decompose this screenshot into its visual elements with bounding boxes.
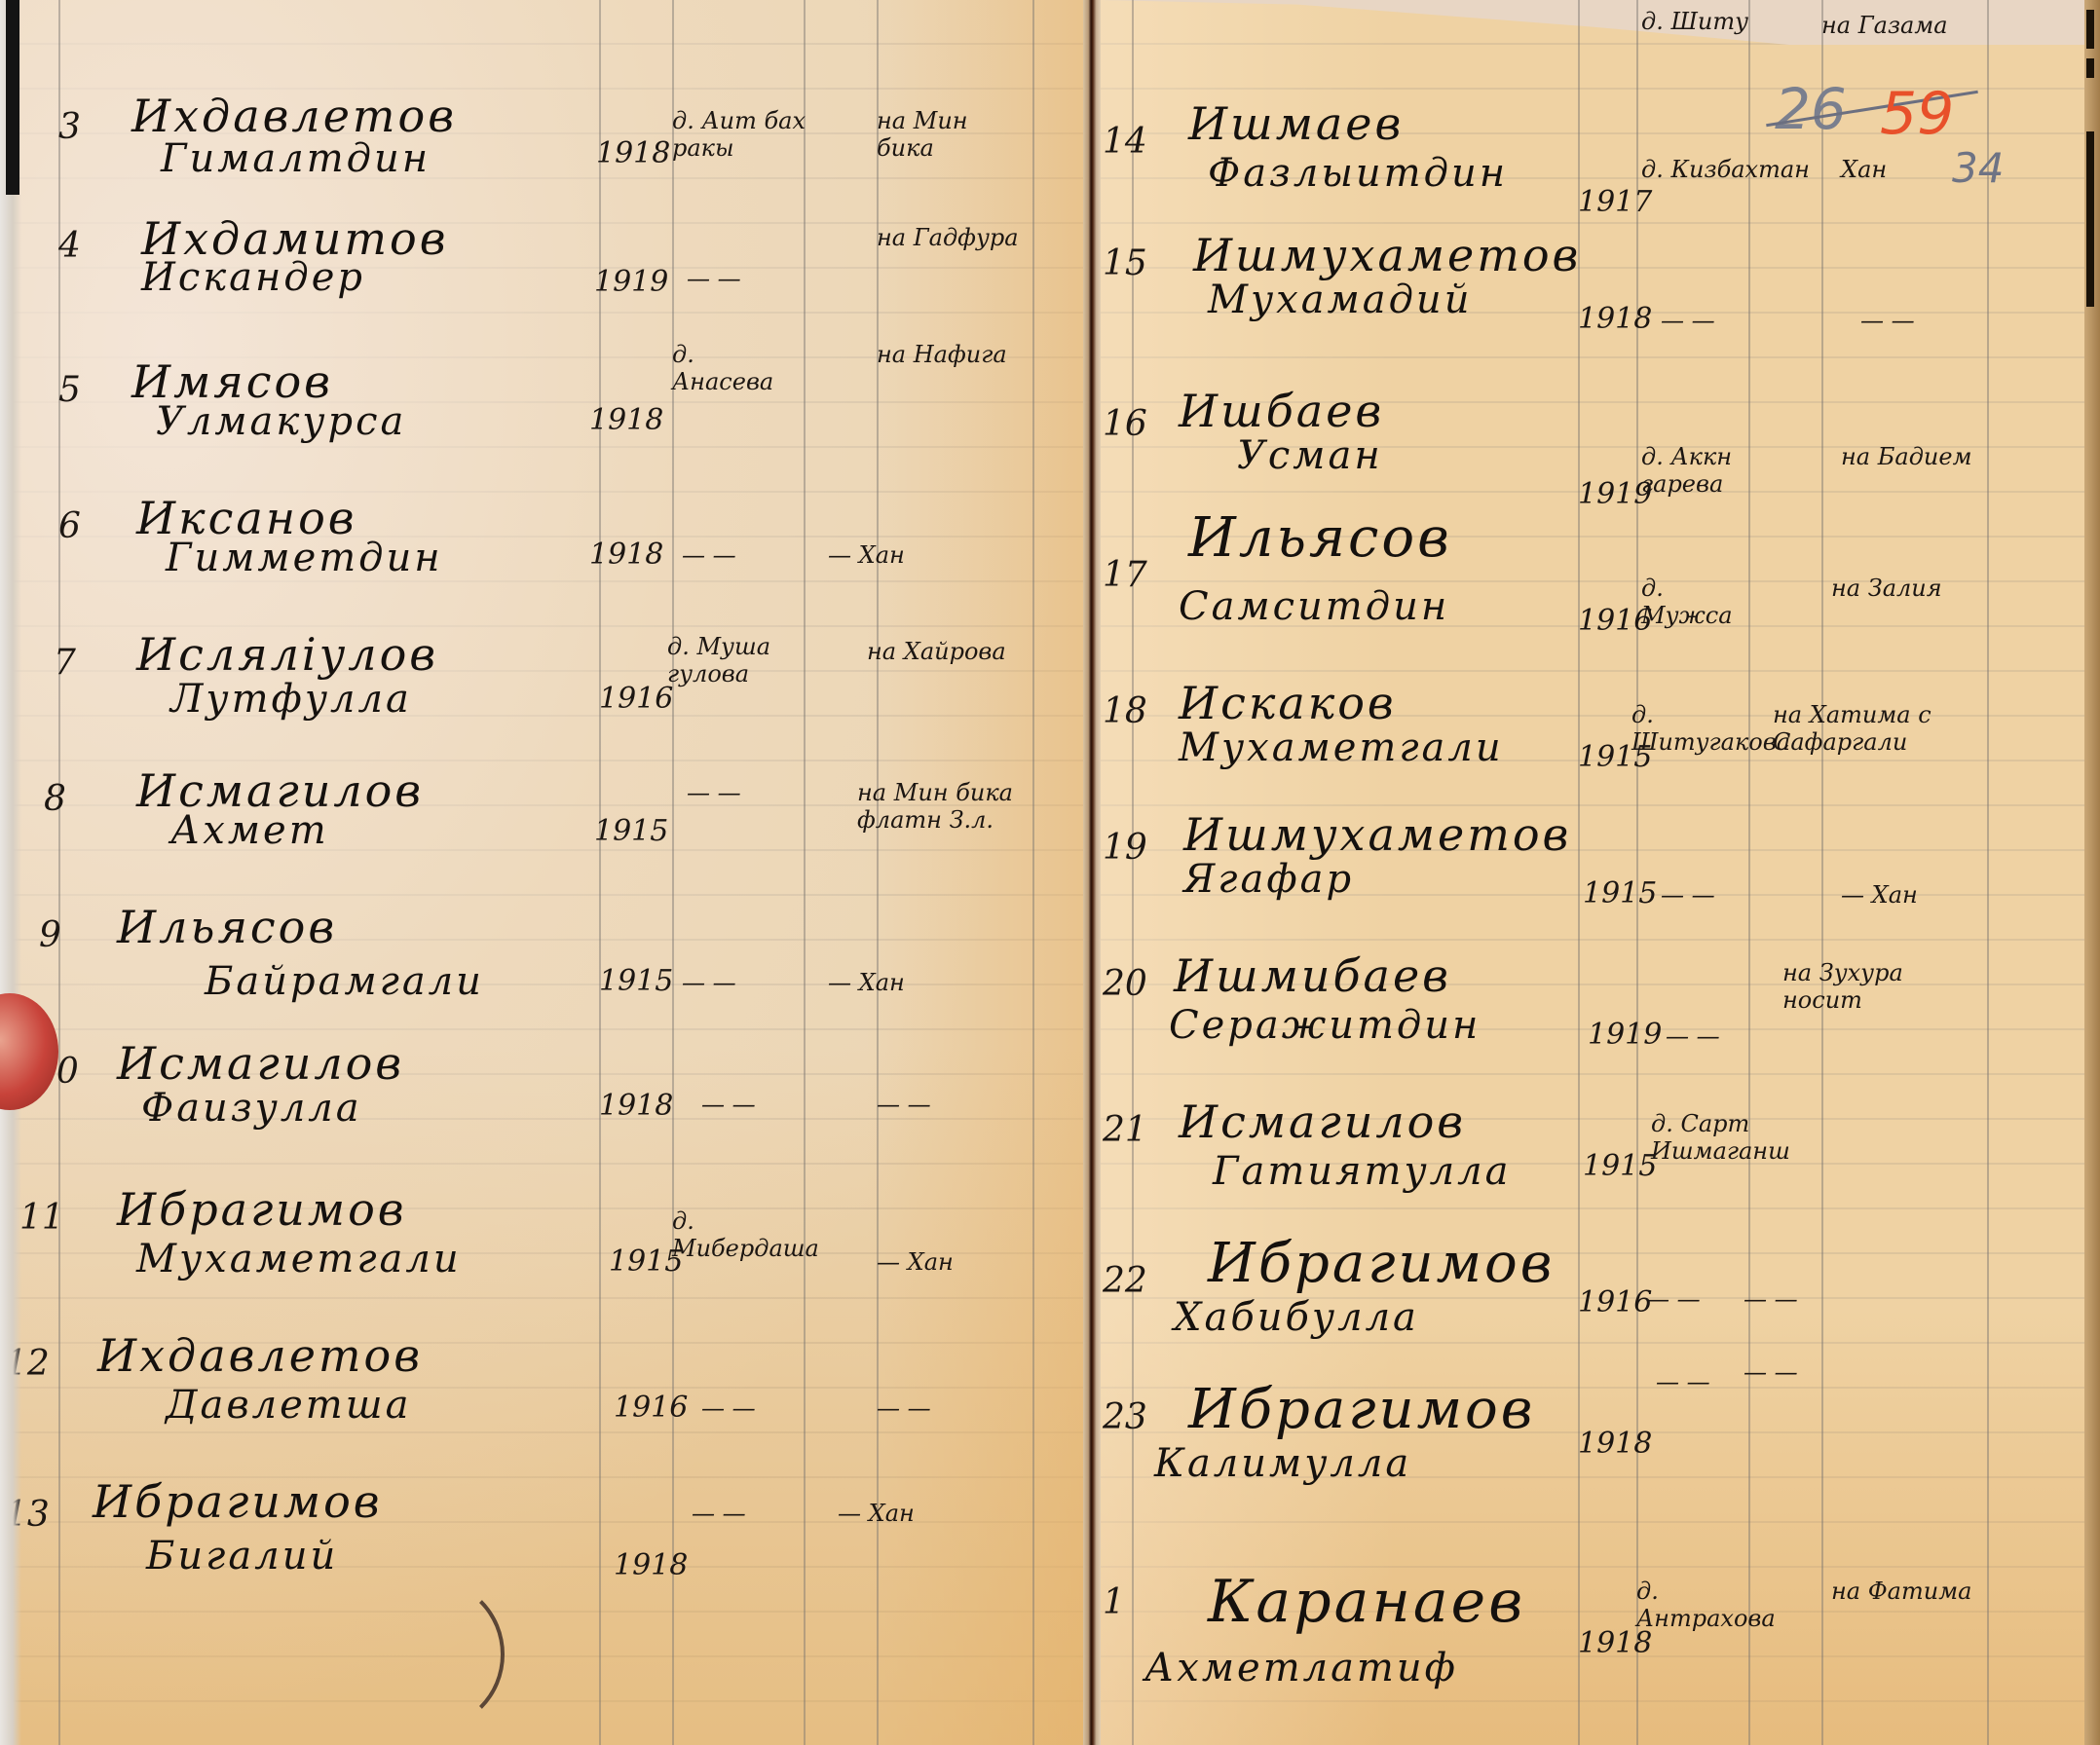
surname: Ишмаев: [1188, 97, 1404, 150]
row-number: 20: [1103, 964, 1147, 1004]
remark-note: на Зухура носит: [1782, 959, 1987, 1014]
surname: Ильясов: [117, 901, 337, 953]
row-number: 17: [1103, 555, 1147, 595]
given-name: Бигалий: [146, 1534, 338, 1578]
place-note: — —: [1661, 881, 1715, 909]
remark-note: — Хан: [838, 1500, 915, 1527]
surname: Ишмухаметов: [1193, 229, 1581, 281]
place-note: д. Антрахова: [1636, 1578, 1773, 1632]
given-name: Мухаметгали: [1179, 725, 1504, 770]
row-number: 8: [44, 779, 66, 819]
birth-year: 1915: [594, 814, 668, 848]
birth-year: 1916: [1578, 1285, 1652, 1319]
given-name: Фаизулла: [141, 1086, 362, 1131]
place-note: — —: [682, 541, 736, 569]
surname: Ихдавлетов: [131, 90, 457, 142]
remark-note: — —: [1860, 307, 1915, 334]
surname: Ишмибаев: [1174, 949, 1451, 1002]
row-number: 1: [1103, 1582, 1125, 1622]
carryover-place: д. Шиту: [1641, 8, 1748, 35]
place-note: д. Мужса: [1641, 575, 1758, 629]
given-name: Мухамадий: [1208, 278, 1472, 322]
birth-year: 1919: [594, 265, 668, 299]
place-note: — —: [701, 1091, 756, 1118]
surname: Ибрагимов: [93, 1475, 383, 1528]
row-number: 9: [39, 915, 61, 955]
remark-note: на Гадфура: [877, 224, 1023, 251]
place-note: — —: [687, 265, 741, 292]
given-name: Ахмет: [170, 808, 329, 853]
ledger-spread: 3 Ихдавлетов Гималтдин 1918 д. Аит бах р…: [0, 0, 2100, 1745]
place-note: д. Муша гулова: [667, 633, 833, 687]
birth-year: 1918: [589, 538, 663, 572]
place-note: д. Кизбахтан: [1641, 156, 1810, 183]
row-number: 3: [58, 107, 81, 147]
surname: Ишбаев: [1179, 385, 1384, 437]
place-note: — —: [682, 969, 736, 996]
place-note: — —: [701, 1394, 756, 1422]
place-note: — —: [687, 779, 741, 806]
remark-note: — —: [1744, 1285, 1798, 1313]
page-number-crossed: 26: [1775, 76, 1847, 142]
remark-note: на Мин бика флатн З.л.: [857, 779, 1013, 834]
row-number: 22: [1103, 1261, 1147, 1301]
place-note: — —: [1661, 307, 1715, 334]
place-note: д. Шитугакова: [1631, 701, 1758, 756]
birth-year: 1917: [1578, 185, 1652, 219]
birth-year: 1918: [599, 1089, 673, 1123]
given-name: Серажитдин: [1169, 1003, 1481, 1048]
place-note: — —: [1656, 1368, 1710, 1395]
given-name: Гимметдин: [166, 536, 443, 580]
row-number: 6: [58, 506, 81, 546]
given-name: Искандер: [141, 255, 365, 300]
given-name: Калимулла: [1154, 1441, 1411, 1486]
surname: Ибрагимов: [117, 1183, 407, 1236]
birth-year: 1918: [1578, 302, 1652, 336]
row-number: 4: [58, 226, 81, 266]
given-name: Самситдин: [1179, 584, 1449, 629]
remark-note: — —: [877, 1091, 931, 1118]
given-name: Гималтдин: [161, 136, 431, 181]
carryover-note: на Газама: [1821, 12, 1948, 39]
page-number-red: 59: [1880, 80, 1954, 148]
remark-note: — Хан: [828, 969, 905, 996]
remark-note: на Бадием: [1841, 443, 1971, 470]
row-number: 21: [1103, 1110, 1147, 1150]
birth-year: 1915: [1583, 1149, 1657, 1183]
remark-note: на Мин бика: [877, 107, 1023, 162]
given-name: Мухаметгали: [136, 1237, 462, 1281]
given-name: Гатиятулла: [1213, 1149, 1511, 1194]
row-number: 7: [54, 643, 76, 683]
row-number: 14: [1103, 122, 1147, 162]
left-page: 3 Ихдавлетов Гималтдин 1918 д. Аит бах р…: [0, 0, 1083, 1745]
given-name: Лутфулла: [170, 677, 412, 722]
row-number: 19: [1103, 828, 1147, 868]
place-note: д. Аит бах ракы: [672, 107, 867, 162]
surname: Исмагилов: [117, 1037, 404, 1090]
remark-note: — —: [1744, 1358, 1798, 1386]
row-number: 5: [58, 370, 81, 410]
birth-year: 1918: [614, 1548, 688, 1582]
surname: Каранаев: [1208, 1568, 1525, 1636]
surname: Искаков: [1179, 677, 1397, 729]
page-number-pencil: 34: [1952, 144, 2004, 192]
surname: Ильясов: [1188, 506, 1452, 570]
book-gutter: [1083, 0, 1101, 1745]
birth-year: 1916: [599, 682, 673, 716]
right-book-edge: [2084, 0, 2100, 1745]
surname: Ибрагимов: [1208, 1232, 1555, 1295]
remark-note: на Нафига: [877, 341, 1013, 368]
birth-year: 1916: [614, 1391, 688, 1425]
remark-note: на Фатима: [1831, 1578, 1977, 1605]
remark-note: на Хатима с Сафаргали: [1773, 701, 1997, 756]
given-name: Давлетша: [166, 1383, 411, 1428]
place-note: д. Сарт Ишмаганш: [1651, 1110, 1787, 1165]
place-note: д. Аккн гарева: [1641, 443, 1787, 498]
given-name: Фазлыитдин: [1208, 151, 1508, 196]
surname: Ишмухаметов: [1183, 808, 1571, 861]
surname: Исмагилов: [1179, 1095, 1466, 1148]
row-number: 16: [1103, 404, 1147, 444]
remark-note: на Залия: [1831, 575, 1942, 602]
birth-year: 1918: [589, 403, 663, 437]
row-number: 23: [1103, 1397, 1147, 1437]
right-page: д. Шиту на Газама 14 Ишмаев Фазлыитдин 1…: [1101, 0, 2084, 1745]
place-note: д. Мибердаша: [672, 1207, 818, 1262]
birth-year: 1915: [599, 964, 673, 998]
given-name: Усман: [1237, 433, 1383, 478]
given-name: Ахметлатиф: [1144, 1646, 1458, 1690]
row-number: 11: [19, 1198, 64, 1238]
remark-note: Хан: [1841, 156, 1887, 183]
place-note: д. Анасева: [672, 341, 799, 395]
place-note: — —: [1646, 1285, 1701, 1313]
place-note: — —: [1666, 1022, 1720, 1050]
given-name: Хабибулла: [1174, 1295, 1419, 1340]
bracket-mark: [351, 1578, 505, 1731]
given-name: Ягафар: [1183, 857, 1354, 902]
birth-year: 1918: [596, 136, 670, 170]
surname: Ихдавлетов: [97, 1329, 423, 1382]
given-name: Байрамгали: [205, 959, 484, 1004]
row-number: 18: [1103, 691, 1147, 731]
given-name: Улмакурса: [156, 399, 406, 444]
left-book-edge: [0, 0, 21, 1745]
remark-note: — —: [877, 1394, 931, 1422]
remark-note: — Хан: [877, 1248, 954, 1276]
birth-year: 1915: [1583, 876, 1657, 910]
surname: Исляліулов: [136, 628, 438, 681]
remark-note: на Хайрова: [867, 638, 1013, 665]
remark-note: — Хан: [1841, 881, 1918, 909]
row-number: 15: [1103, 243, 1147, 283]
birth-year: 1918: [1578, 1427, 1652, 1461]
surname: Ибрагимов: [1188, 1378, 1535, 1441]
place-note: — —: [692, 1500, 746, 1527]
remark-note: — Хан: [828, 541, 905, 569]
birth-year: 1919: [1588, 1018, 1662, 1052]
